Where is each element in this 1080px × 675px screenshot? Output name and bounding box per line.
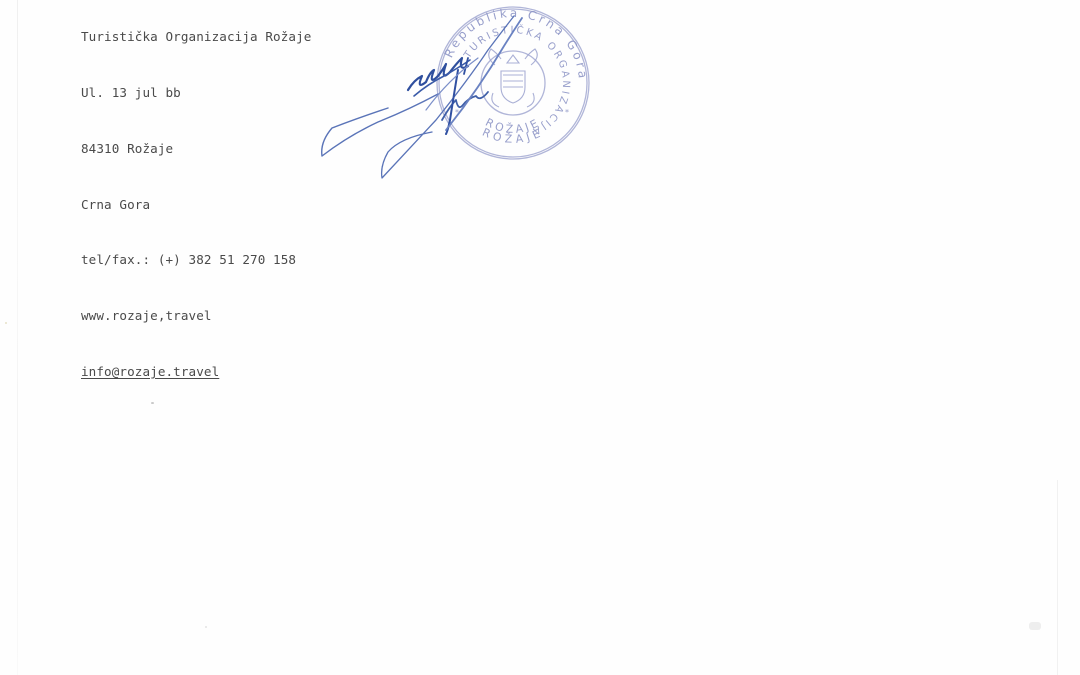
scan-speck — [151, 402, 154, 404]
sender-street: Ul. 13 jul bb — [81, 84, 311, 103]
sender-country: Crna Gora — [81, 196, 311, 215]
scan-edge-right — [1057, 480, 1058, 675]
svg-text:*: * — [565, 108, 569, 117]
scan-edge-left — [17, 0, 18, 675]
sender-organization: Turistička Organizacija Rožaje — [81, 28, 311, 47]
scan-speck — [5, 322, 7, 324]
sender-email-link[interactable]: info@rozaje.travel — [81, 364, 219, 379]
sender-website: www.rozaje,travel — [81, 307, 311, 326]
scan-speck — [1029, 622, 1041, 630]
sender-phone: tel/fax.: (+) 382 51 270 158 — [81, 251, 311, 270]
sender-postal-city: 84310 Rožaje — [81, 140, 311, 159]
scan-speck — [205, 626, 207, 628]
sender-address-block: Turistička Organizacija Rožaje Ul. 13 ju… — [81, 0, 311, 400]
handwritten-signature-icon — [318, 10, 558, 185]
